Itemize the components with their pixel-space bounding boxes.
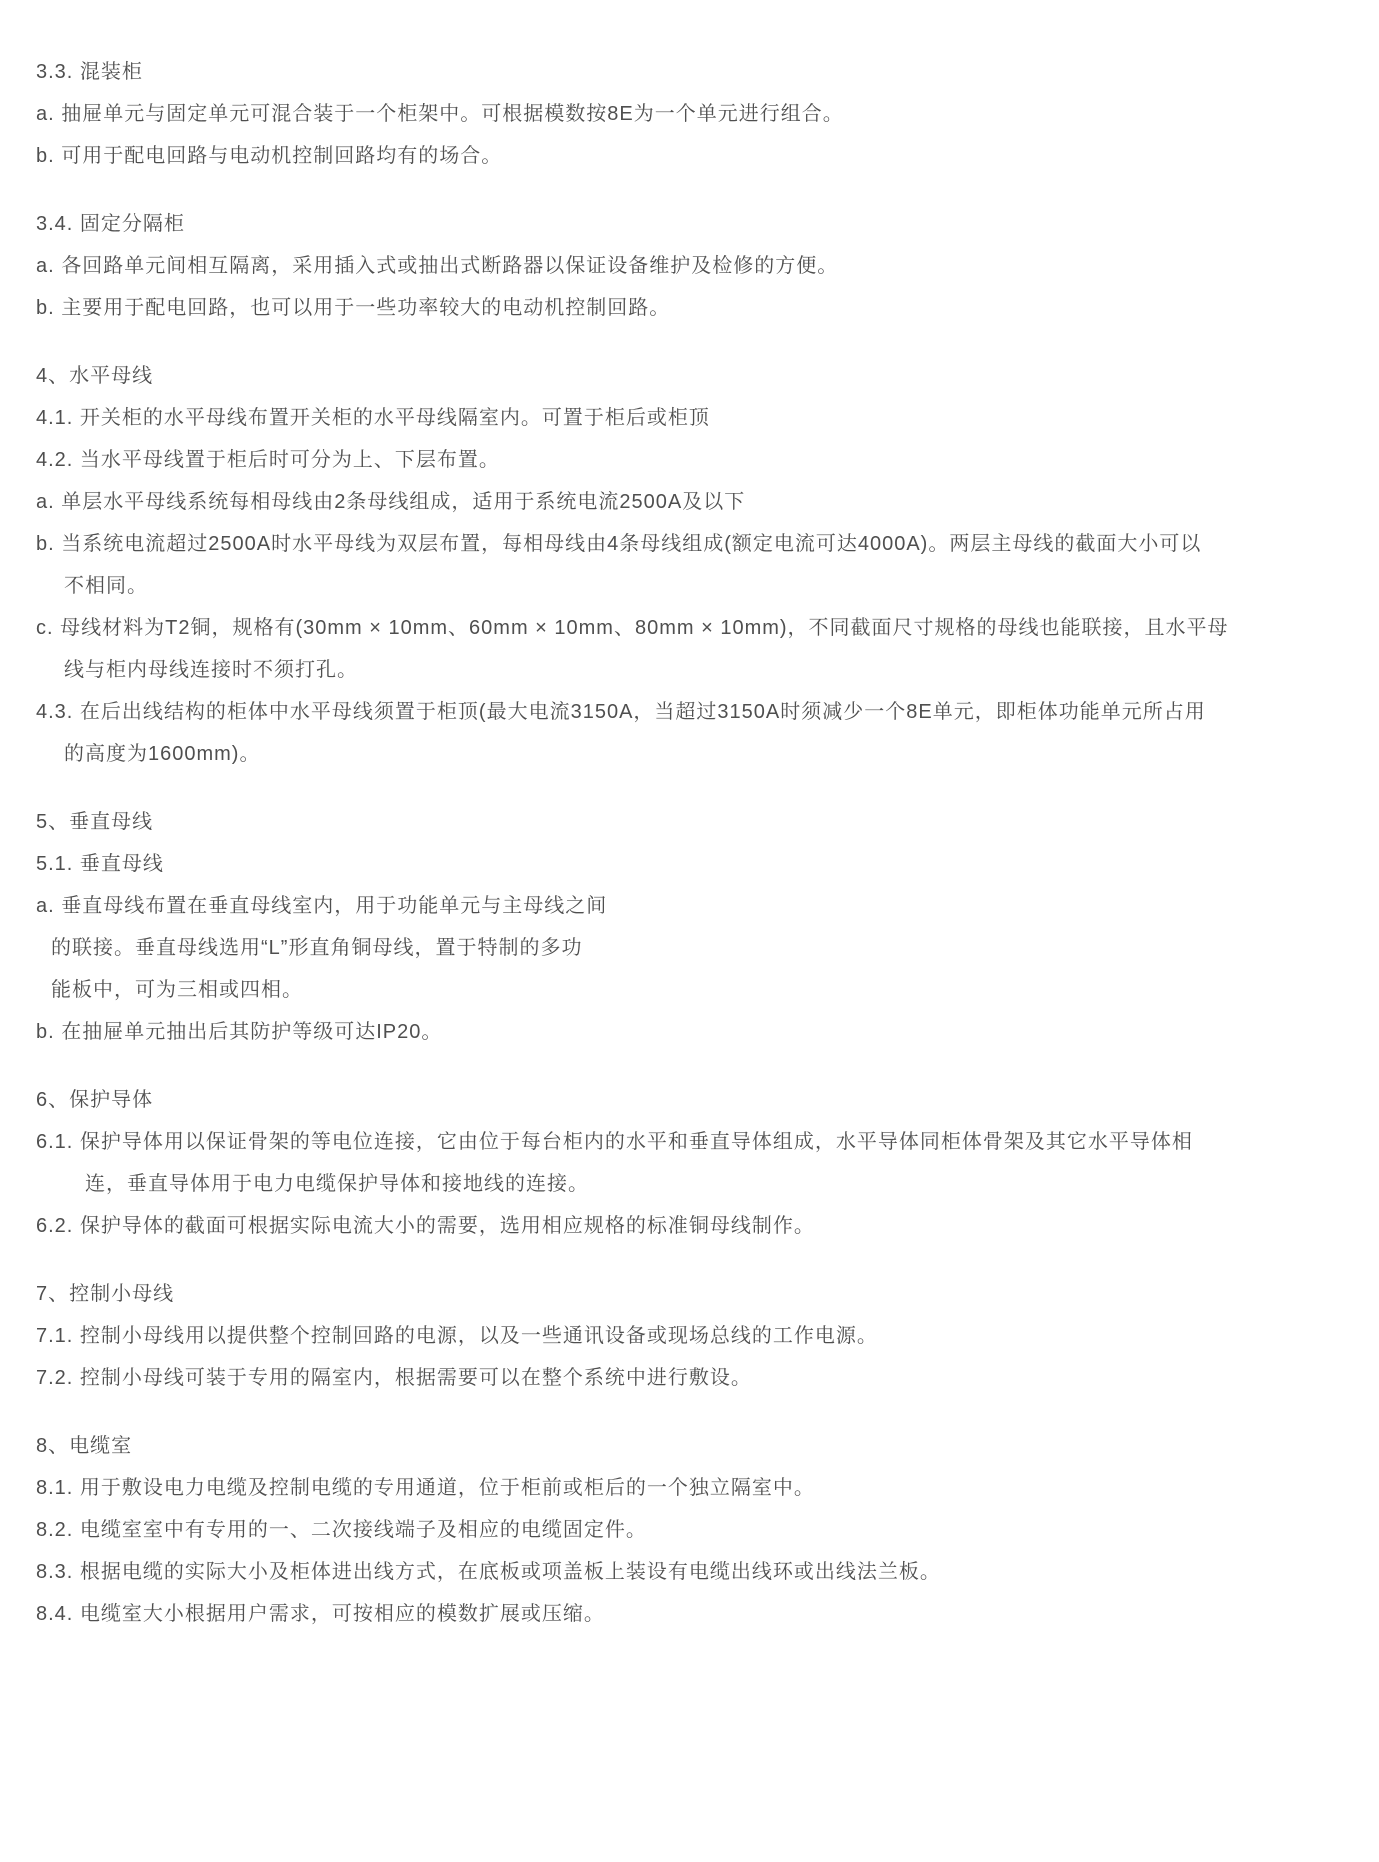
paragraph: b. 可用于配电回路与电动机控制回路均有的场合。 <box>36 135 1351 177</box>
text-line: 6.2. 保护导体的截面可根据实际电流大小的需要，选用相应规格的标准铜母线制作。 <box>36 1205 1351 1247</box>
paragraph: b. 主要用于配电回路，也可以用于一些功率较大的电动机控制回路。 <box>36 287 1351 329</box>
paragraph: b. 在抽屉单元抽出后其防护等级可达IP20。 <box>36 1011 1351 1053</box>
text-line: 7.2. 控制小母线可装于专用的隔室内，根据需要可以在整个系统中进行敷设。 <box>36 1357 1351 1399</box>
section-heading: 6、保护导体 <box>36 1079 1351 1121</box>
text-line: 7.1. 控制小母线用以提供整个控制回路的电源，以及一些通讯设备或现场总线的工作… <box>36 1315 1351 1357</box>
paragraph: 8.4. 电缆室大小根据用户需求，可按相应的模数扩展或压缩。 <box>36 1593 1351 1635</box>
text-line: 4.2. 当水平母线置于柜后时可分为上、下层布置。 <box>36 439 1351 481</box>
paragraph: a. 单层水平母线系统每相母线由2条母线组成，适用于系统电流2500A及以下 <box>36 481 1351 523</box>
text-line: 5.1. 垂直母线 <box>36 843 1351 885</box>
text-line: 不相同。 <box>36 565 1351 607</box>
text-line: a. 垂直母线布置在垂直母线室内，用于功能单元与主母线之间 <box>36 885 1351 927</box>
document-body: 3.3. 混装柜a. 抽屉单元与固定单元可混合装于一个柜架中。可根据模数按8E为… <box>36 51 1351 1635</box>
section: 3.3. 混装柜a. 抽屉单元与固定单元可混合装于一个柜架中。可根据模数按8E为… <box>36 51 1351 177</box>
paragraph: 4.2. 当水平母线置于柜后时可分为上、下层布置。 <box>36 439 1351 481</box>
section-heading: 5、垂直母线 <box>36 801 1351 843</box>
document-page: 3.3. 混装柜a. 抽屉单元与固定单元可混合装于一个柜架中。可根据模数按8E为… <box>0 0 1379 1862</box>
text-line: 连，垂直导体用于电力电缆保护导体和接地线的连接。 <box>36 1163 1351 1205</box>
text-line: b. 主要用于配电回路，也可以用于一些功率较大的电动机控制回路。 <box>36 287 1351 329</box>
text-line: a. 抽屉单元与固定单元可混合装于一个柜架中。可根据模数按8E为一个单元进行组合… <box>36 93 1351 135</box>
section-heading: 7、控制小母线 <box>36 1273 1351 1315</box>
paragraph: c. 母线材料为T2铜，规格有(30mm × 10mm、60mm × 10mm、… <box>36 607 1351 691</box>
section: 6、保护导体6.1. 保护导体用以保证骨架的等电位连接，它由位于每台柜内的水平和… <box>36 1079 1351 1247</box>
text-line: 4.3. 在后出线结构的柜体中水平母线须置于柜顶(最大电流3150A，当超过31… <box>36 691 1351 733</box>
text-line: b. 在抽屉单元抽出后其防护等级可达IP20。 <box>36 1011 1351 1053</box>
paragraph: 5.1. 垂直母线 <box>36 843 1351 885</box>
section: 8、电缆室8.1. 用于敷设电力电缆及控制电缆的专用通道，位于柜前或柜后的一个独… <box>36 1425 1351 1635</box>
text-line: a. 各回路单元间相互隔离，采用插入式或抽出式断路器以保证设备维护及检修的方便。 <box>36 245 1351 287</box>
section: 5、垂直母线5.1. 垂直母线a. 垂直母线布置在垂直母线室内，用于功能单元与主… <box>36 801 1351 1053</box>
section: 3.4. 固定分隔柜a. 各回路单元间相互隔离，采用插入式或抽出式断路器以保证设… <box>36 203 1351 329</box>
paragraph: 7.2. 控制小母线可装于专用的隔室内，根据需要可以在整个系统中进行敷设。 <box>36 1357 1351 1399</box>
text-line: 8.1. 用于敷设电力电缆及控制电缆的专用通道，位于柜前或柜后的一个独立隔室中。 <box>36 1467 1351 1509</box>
text-line: 8.4. 电缆室大小根据用户需求，可按相应的模数扩展或压缩。 <box>36 1593 1351 1635</box>
section: 7、控制小母线7.1. 控制小母线用以提供整个控制回路的电源，以及一些通讯设备或… <box>36 1273 1351 1399</box>
text-line: 线与柜内母线连接时不须打孔。 <box>36 649 1351 691</box>
text-line: 能板中，可为三相或四相。 <box>36 969 1351 1011</box>
section-heading: 3.4. 固定分隔柜 <box>36 203 1351 245</box>
text-line: 的联接。垂直母线选用“L”形直角铜母线，置于特制的多功 <box>36 927 1351 969</box>
section-heading: 8、电缆室 <box>36 1425 1351 1467</box>
paragraph: 6.2. 保护导体的截面可根据实际电流大小的需要，选用相应规格的标准铜母线制作。 <box>36 1205 1351 1247</box>
paragraph: b. 当系统电流超过2500A时水平母线为双层布置，每相母线由4条母线组成(额定… <box>36 523 1351 607</box>
paragraph: 6.1. 保护导体用以保证骨架的等电位连接，它由位于每台柜内的水平和垂直导体组成… <box>36 1121 1351 1205</box>
section-heading: 3.3. 混装柜 <box>36 51 1351 93</box>
paragraph: a. 抽屉单元与固定单元可混合装于一个柜架中。可根据模数按8E为一个单元进行组合… <box>36 93 1351 135</box>
text-line: 8.3. 根据电缆的实际大小及柜体进出线方式，在底板或项盖板上装设有电缆出线环或… <box>36 1551 1351 1593</box>
paragraph: 8.1. 用于敷设电力电缆及控制电缆的专用通道，位于柜前或柜后的一个独立隔室中。 <box>36 1467 1351 1509</box>
text-line: b. 可用于配电回路与电动机控制回路均有的场合。 <box>36 135 1351 177</box>
paragraph: 4.1. 开关柜的水平母线布置开关柜的水平母线隔室内。可置于柜后或柜顶 <box>36 397 1351 439</box>
text-line: 的高度为1600mm)。 <box>36 733 1351 775</box>
text-line: 8.2. 电缆室室中有专用的一、二次接线端子及相应的电缆固定件。 <box>36 1509 1351 1551</box>
section: 4、水平母线4.1. 开关柜的水平母线布置开关柜的水平母线隔室内。可置于柜后或柜… <box>36 355 1351 775</box>
section-heading: 4、水平母线 <box>36 355 1351 397</box>
paragraph: 7.1. 控制小母线用以提供整个控制回路的电源，以及一些通讯设备或现场总线的工作… <box>36 1315 1351 1357</box>
text-line: a. 单层水平母线系统每相母线由2条母线组成，适用于系统电流2500A及以下 <box>36 481 1351 523</box>
text-line: c. 母线材料为T2铜，规格有(30mm × 10mm、60mm × 10mm、… <box>36 607 1351 649</box>
paragraph: a. 各回路单元间相互隔离，采用插入式或抽出式断路器以保证设备维护及检修的方便。 <box>36 245 1351 287</box>
paragraph: 8.2. 电缆室室中有专用的一、二次接线端子及相应的电缆固定件。 <box>36 1509 1351 1551</box>
text-line: 4.1. 开关柜的水平母线布置开关柜的水平母线隔室内。可置于柜后或柜顶 <box>36 397 1351 439</box>
text-line: b. 当系统电流超过2500A时水平母线为双层布置，每相母线由4条母线组成(额定… <box>36 523 1351 565</box>
paragraph: a. 垂直母线布置在垂直母线室内，用于功能单元与主母线之间的联接。垂直母线选用“… <box>36 885 1351 1011</box>
paragraph: 4.3. 在后出线结构的柜体中水平母线须置于柜顶(最大电流3150A，当超过31… <box>36 691 1351 775</box>
paragraph: 8.3. 根据电缆的实际大小及柜体进出线方式，在底板或项盖板上装设有电缆出线环或… <box>36 1551 1351 1593</box>
text-line: 6.1. 保护导体用以保证骨架的等电位连接，它由位于每台柜内的水平和垂直导体组成… <box>36 1121 1351 1163</box>
